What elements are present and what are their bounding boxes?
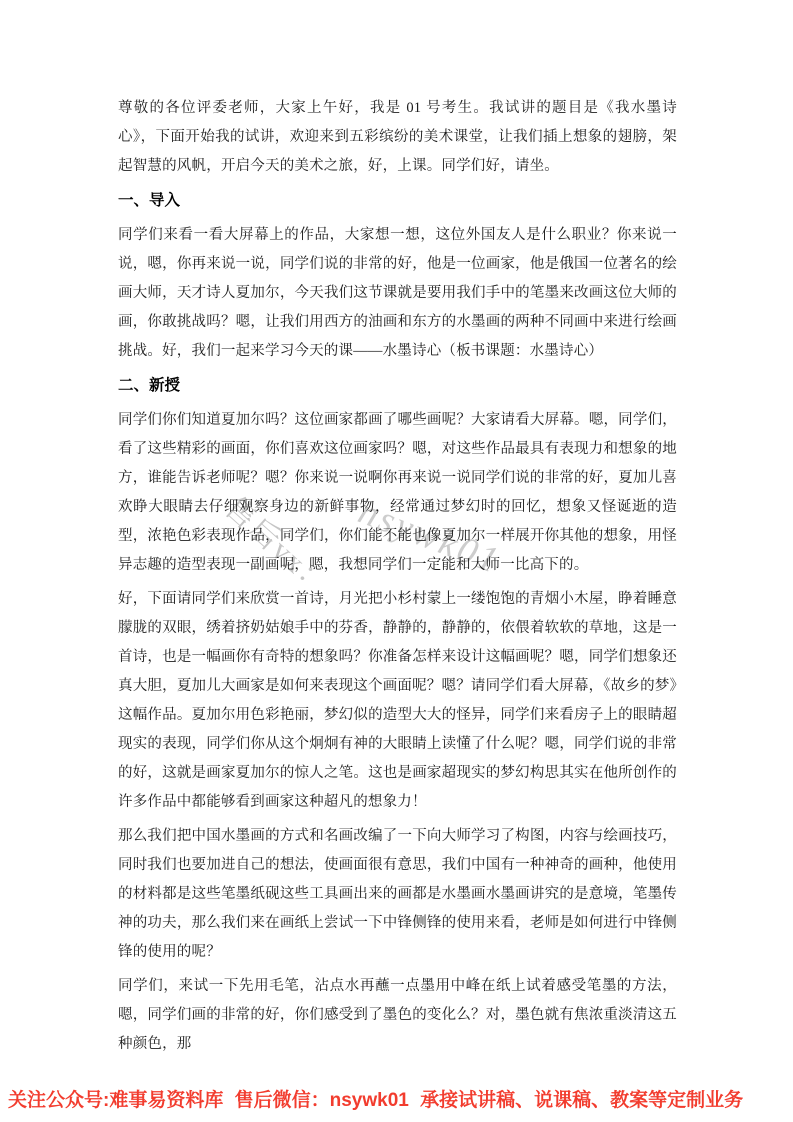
promo-footer-text: 关注公众号:难事易资料库 售后微信：nsywk01 承接试讲稿、说课稿、教案等定… bbox=[8, 1089, 788, 1113]
section-heading-new-lesson: 二、新授 bbox=[118, 371, 677, 400]
paragraph: 同学们你们知道夏加尔吗？这位画家都画了哪些画呢？大家请看大屏幕。嗯，同学们，看了… bbox=[118, 406, 677, 580]
document-page: 售后vx： nsywk01 尊敬的各位评委老师，大家上午好，我是 01 号考生。… bbox=[0, 0, 793, 1122]
paragraph: 好，下面请同学们来欣赏一首诗，月光把小杉村蒙上一缕饱饱的青烟小木屋，睁着睡意朦胧… bbox=[118, 585, 677, 817]
paragraph: 同学们，来试一下先用毛笔，沾点水再蘸一点墨用中峰在纸上试着感受笔墨的方法，嗯，同… bbox=[118, 972, 677, 1059]
intro-paragraph: 尊敬的各位评委老师，大家上午好，我是 01 号考生。我试讲的题目是《我水墨诗心》… bbox=[118, 94, 677, 181]
paragraph: 同学们来看一看大屏幕上的作品，大家想一想，这位外国友人是什么职业？你来说一说，嗯… bbox=[118, 221, 677, 366]
document-body: 尊敬的各位评委老师，大家上午好，我是 01 号考生。我试讲的题目是《我水墨诗心》… bbox=[118, 94, 677, 1064]
section-heading-import: 一、导入 bbox=[118, 186, 677, 215]
paragraph: 那么我们把中国水墨画的方式和名画改编了一下向大师学习了构图，内容与绘画技巧，同时… bbox=[118, 822, 677, 967]
